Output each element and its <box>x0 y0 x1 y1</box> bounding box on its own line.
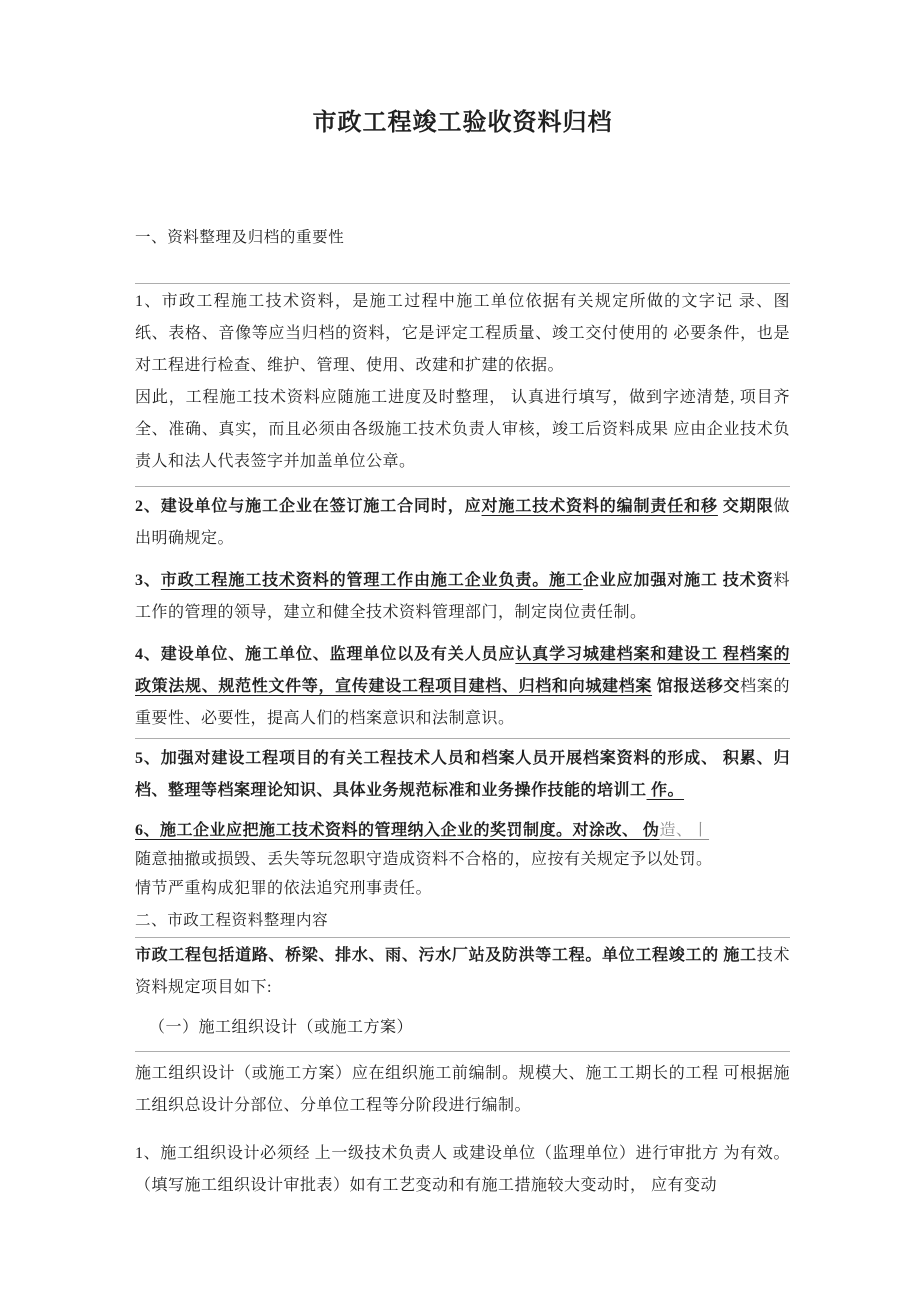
item6-underlined-bold: 6、施工企业应把施工技术资料的管理纳入企业的奖罚制度。对涂改、 伪 <box>135 822 660 839</box>
divider-2 <box>135 486 790 487</box>
paragraph-item-6-line-3: 情节严重构成犯罪的依法追究刑事责任。 <box>135 874 790 903</box>
document-title: 市政工程竣工验收资料归档 <box>135 106 790 140</box>
text-cursor-mark: 丨 <box>693 822 710 839</box>
section-heading-2: 二、市政工程资料整理内容 <box>135 907 790 935</box>
paragraph-10: 施工组织设计（或施工方案）应在组织施工前编制。规模大、施工工期长的工程 可根据施… <box>135 1058 790 1122</box>
divider-3 <box>135 738 790 739</box>
item3-number: 3、 <box>135 572 161 589</box>
paragraph-8: 市政工程包括道路、桥梁、排水、雨、污水厂站及防洪等工程。单位工程竣工的 施工技术… <box>135 940 790 1004</box>
item4-tail-bold: 馆报送移交 <box>652 678 740 695</box>
document-content: 市政工程竣工验收资料归档 一、资料整理及归档的重要性 1、市政工程施工技术资料，… <box>0 106 920 1202</box>
paragraph-item-2: 2、建设单位与施工企业在签订施工合同时，应对施工技术资料的编制责任和移 交期限做… <box>135 491 790 555</box>
divider-4 <box>135 937 790 938</box>
divider-5 <box>135 1051 790 1052</box>
paragraph-item-3: 3、市政工程施工技术资料的管理工作由施工企业负责。施工企业应加强对施工 技术资料… <box>135 565 790 629</box>
item3-tail-bold: 企业应加强对施工 技术资 <box>583 572 774 589</box>
paragraph-item-6-line-1: 6、施工企业应把施工技术资料的管理纳入企业的奖罚制度。对涂改、 伪造、丨 <box>135 816 790 845</box>
paragraph-2: 因此，工程施工技术资料应随施工进度及时整理， 认真进行填写，做到字迹清楚, 项目… <box>135 382 790 478</box>
p8-bold-span: 市政工程包括道路、桥梁、排水、雨、污水厂站及防洪等工程。单位工程竣工的 施工 <box>135 947 757 964</box>
paragraph-item-6-line-2: 随意抽撤或损毁、丢失等玩忽职守造成资料不合格的，应按有关规定予以处罚。 <box>135 845 790 874</box>
paragraph-9-subheading: （一）施工组织设计（或施工方案） <box>135 1012 790 1044</box>
item2-tail-bold: 交期限 <box>718 498 774 515</box>
document-page: 市政工程竣工验收资料归档 一、资料整理及归档的重要性 1、市政工程施工技术资料，… <box>0 0 920 1303</box>
section-heading-1: 一、资料整理及归档的重要性 <box>135 226 790 250</box>
item3-underlined: 市政工程施工技术资料的管理工作由施工企业负责。施工 <box>161 572 583 589</box>
paragraph-item-5: 5、加强对建设工程项目的有关工程技术人员和档案人员开展档案资料的形成、 积累、归… <box>135 743 790 807</box>
paragraph-item-4: 4、建设单位、施工单位、监理单位以及有关人员应认真学习城建档案和建设工 程档案的… <box>135 639 790 735</box>
item4-lead: 4、建设单位、施工单位、监理单位以及有关人员应 <box>135 646 515 663</box>
item5-lead: 5、加强对建设工程项目的有关工程技术人员和档案人员开展档案资料的形成、 积累、归… <box>135 750 790 799</box>
item2-lead: 2、建设单位与施工企业在签订施工合同时，应 <box>135 498 482 515</box>
paragraph-11: 1、施工组织设计必须经 上一级技术负责人 或建设单位（监理单位）进行审批方 为有… <box>135 1138 790 1202</box>
paragraph-1: 1、市政工程施工技术资料，是施工过程中施工单位依据有关规定所做的文字记 录、图纸… <box>135 286 790 382</box>
item6-underlined-gray: 造、 <box>660 822 693 839</box>
item5-underlined: 作。 <box>647 782 685 799</box>
item2-underlined: 对施工技术资料的编制责任和移 <box>482 498 718 515</box>
divider-1 <box>135 283 790 284</box>
